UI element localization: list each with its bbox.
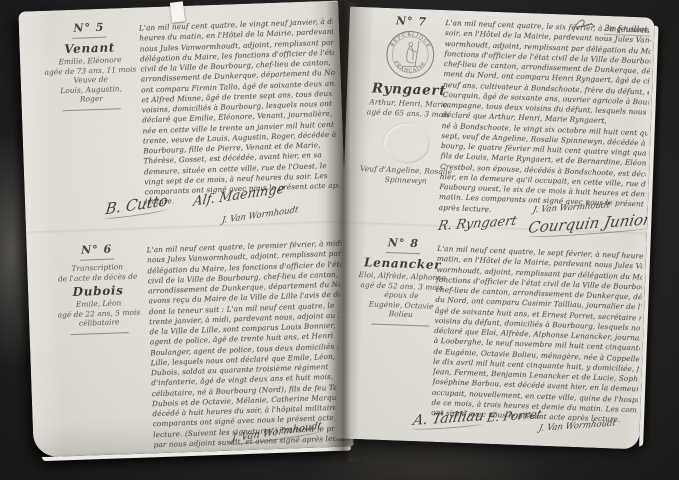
margin-annotation-act-6: N° 6 Transcriptionde l'acte de décès de …: [44, 241, 151, 339]
act-number: N° 6: [44, 241, 148, 258]
act-body-5: L'an mil neuf cent quatre, le vingt neuf…: [139, 17, 339, 208]
margin-rule: [71, 332, 129, 335]
margin-annotation-act-5: N° 5 Venant Emilie, Eléonoreagée de 73 a…: [37, 19, 144, 115]
paper-tab: [170, 1, 185, 22]
marianne-figure: [402, 40, 419, 66]
page-crease: [26, 220, 346, 234]
act-body-6: L'an mil neuf cent quatre, le premier fé…: [147, 239, 350, 451]
embossed-blind-stamp: [383, 123, 430, 165]
signature-cutto: B. Cutto: [104, 191, 169, 220]
right-page: 3e feuillet. N° 7 RÉPUBLIQUE FRANÇAISE: [334, 7, 655, 450]
margin-rule: [80, 259, 114, 261]
act-body-8: L'an mil neuf cent quatre, le sept févri…: [431, 244, 643, 426]
svg-text:FRANÇAISE: FRANÇAISE: [392, 60, 428, 76]
left-page: N° 5 Venant Emilie, Eléonoreagée de 73 a…: [18, 1, 353, 458]
act-body-7: L'an mil neuf cent quatre, le six févrie…: [439, 18, 652, 220]
margin-details: Emilie, Eléonoreagée de 73 ans, 11 moisV…: [38, 54, 144, 106]
signature-van-wormhoudt: J. Van Wormhoudt: [221, 205, 299, 226]
margin-details: Emile, Léonagé de 22 ans, 5 moiscélibata…: [46, 297, 151, 329]
signature-porret: E. Porret: [486, 407, 543, 425]
signature-tailliau: A. Tailliau: [411, 408, 485, 431]
republique-francaise-stamp: RÉPUBLIQUE FRANÇAISE: [384, 29, 436, 81]
margin-rule: [371, 324, 429, 327]
svg-text:RÉPUBLIQUE: RÉPUBLIQUE: [389, 31, 432, 49]
scanned-register-spread: N° 5 Venant Emilie, Eléonoreagée de 73 a…: [0, 0, 679, 480]
signature-ryngaert: R. Ryngaert: [437, 214, 518, 235]
margin-rule: [386, 252, 420, 254]
margin-rule: [72, 37, 106, 39]
stamp-text-top: RÉPUBLIQUE: [389, 31, 432, 49]
act-number: N° 5: [37, 19, 141, 36]
margin-rule: [63, 108, 121, 111]
margin-intro: Transcriptionde l'acte de décès de: [45, 261, 150, 284]
stamp-text-bottom: FRANÇAISE: [392, 60, 428, 76]
